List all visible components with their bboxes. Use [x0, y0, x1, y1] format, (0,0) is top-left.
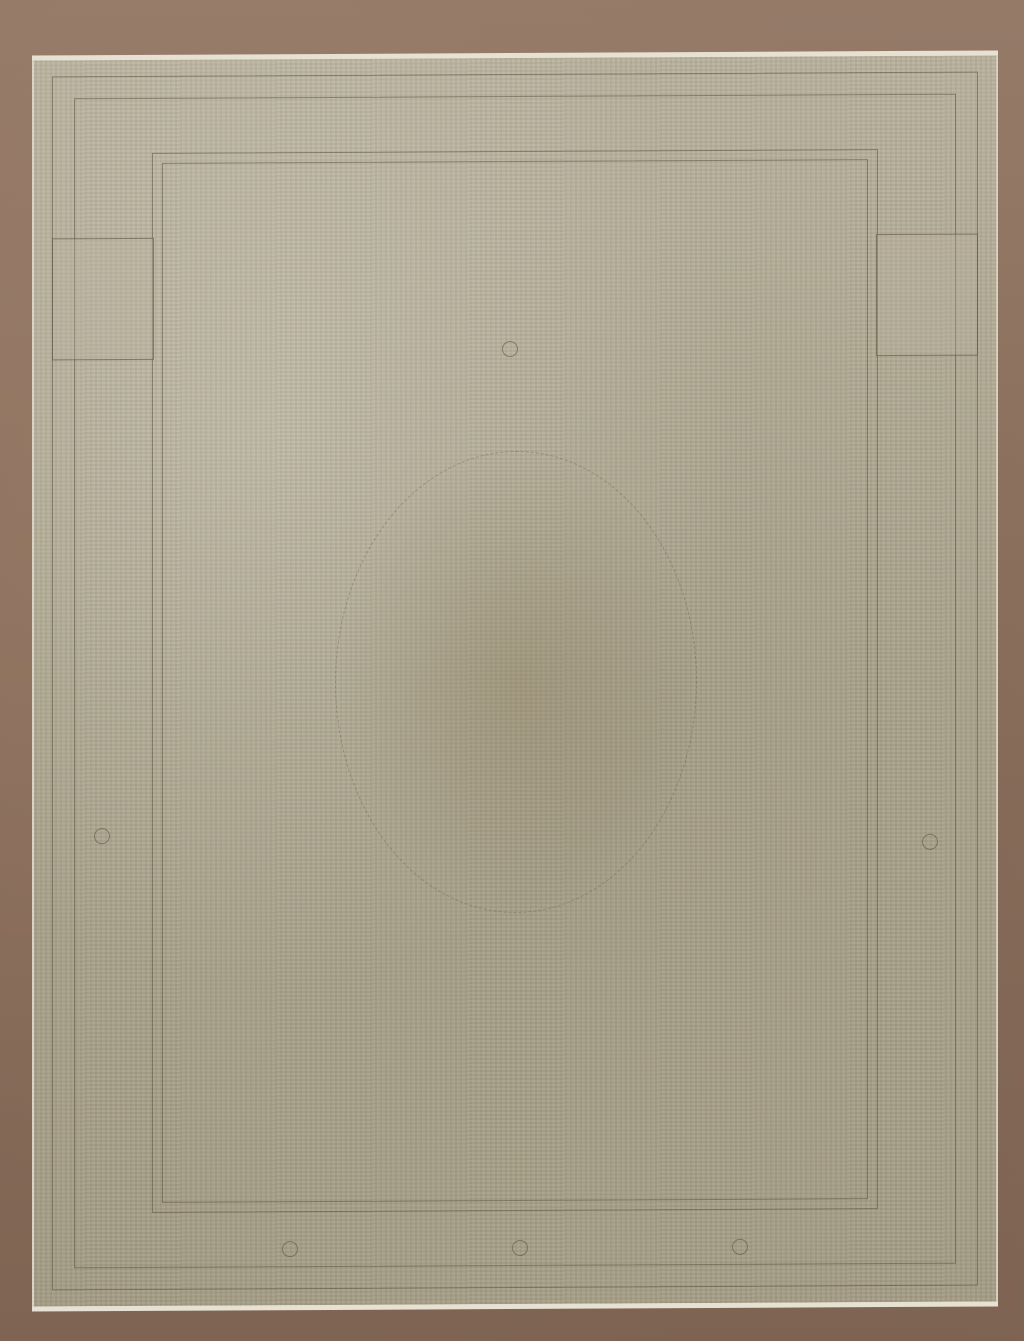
floral-motif: [94, 828, 110, 844]
right-corner-panel: [876, 234, 978, 357]
floral-motif: [502, 341, 518, 357]
floral-motif: [282, 1241, 298, 1257]
floral-motif: [732, 1239, 748, 1255]
floral-motif: [512, 1240, 528, 1256]
floral-motif: [922, 834, 938, 850]
rug: [32, 53, 998, 1308]
central-medallion: [335, 450, 697, 914]
left-corner-panel: [52, 238, 154, 361]
